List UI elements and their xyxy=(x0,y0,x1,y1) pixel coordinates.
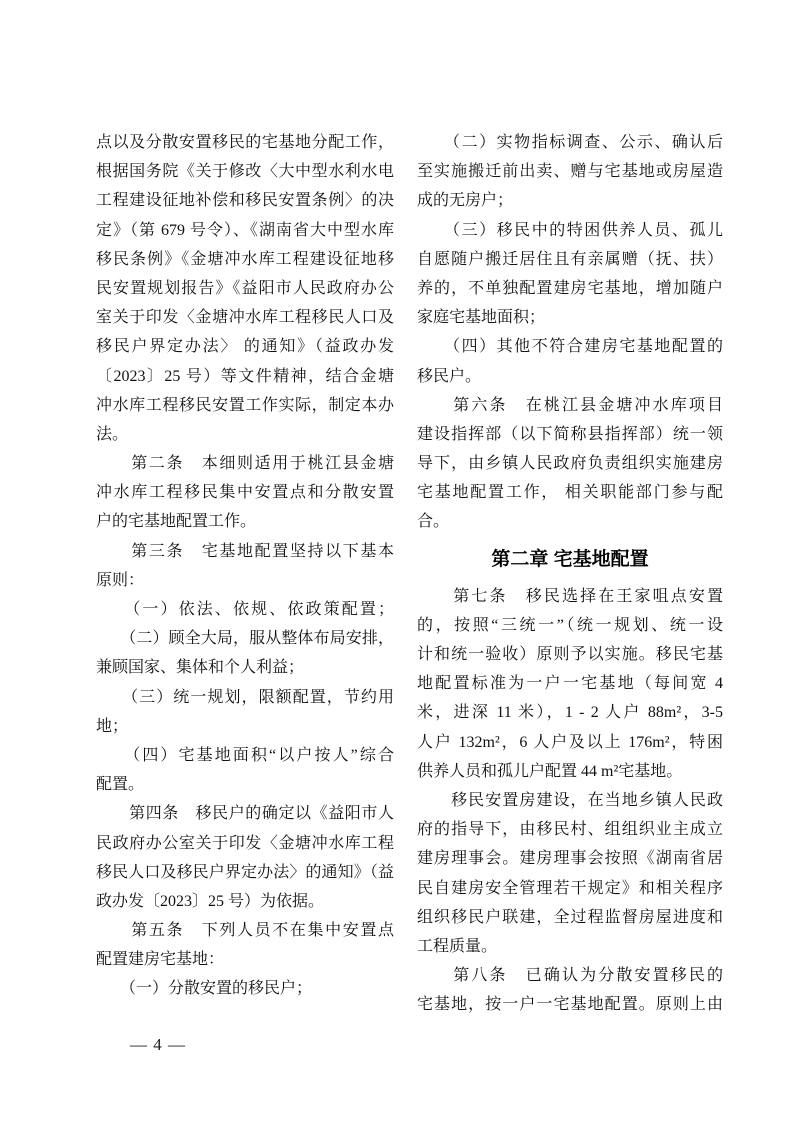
text-line: 建房理事会。建房理事会按照《湖南省居 xyxy=(417,844,723,873)
text-line: 定》（第 679 号令）、《湖南省大中型水库 xyxy=(96,216,394,245)
text-line: 根据国务院《关于修改〈大中型水利水电 xyxy=(96,157,394,186)
text-line: 冲水库工程移民集中安置点和分散安置 xyxy=(96,478,394,507)
text-line: （四）其他不符合建房宅基地配置的 xyxy=(417,332,723,361)
text-line: 府的指导下，由移民村、组组织业主成立 xyxy=(417,815,723,844)
text-line: 配置建房宅基地： xyxy=(96,945,394,974)
document-page: 点以及分散安置移民的宅基地分配工作，根据国务院《关于修改〈大中型水利水电工程建设… xyxy=(0,0,793,1122)
text-line: 养的，不单独配置建房宅基地，增加随户 xyxy=(417,274,723,303)
text-line: 移民户。 xyxy=(417,362,723,391)
text-line: 户的宅基地配置工作。 xyxy=(96,507,394,536)
text-line: 计和统一验收）原则予以实施。移民宅基 xyxy=(417,640,723,669)
text-line: 第二条 本细则适用于桃江县金塘 xyxy=(96,449,394,478)
text-line: 冲水库工程移民安置工作实际，制定本办 xyxy=(96,391,394,420)
text-columns: 点以及分散安置移民的宅基地分配工作，根据国务院《关于修改〈大中型水利水电工程建设… xyxy=(96,128,723,1019)
text-line: 移民条例》《金塘冲水库工程建设征地移 xyxy=(96,245,394,274)
text-line: 工程质量。 xyxy=(417,932,723,961)
text-line: 兼顾国家、集体和个人利益； xyxy=(96,653,394,682)
text-line: （一）分散安置的移民户； xyxy=(96,974,394,1003)
text-line: 合。 xyxy=(417,507,723,536)
text-line: 导下，由乡镇人民政府负责组织实施建房 xyxy=(417,449,723,478)
text-line: （三）统一规划，限额配置，节约用 xyxy=(96,683,394,712)
text-line: 配置。 xyxy=(96,770,394,799)
text-line: 第三条 宅基地配置坚持以下基本 xyxy=(96,537,394,566)
text-line: （三）移民中的特困供养人员、孤儿 xyxy=(417,216,723,245)
text-line: （四）宅基地面积“以户按人”综合 xyxy=(96,741,394,770)
text-line: 移民安置房建设，在当地乡镇人民政 xyxy=(417,786,723,815)
page-number: — 4 — xyxy=(130,1033,186,1057)
text-line: （二）实物指标调查、公示、确认后 xyxy=(417,128,723,157)
text-line: 法。 xyxy=(96,420,394,449)
text-line: 原则： xyxy=(96,566,394,595)
text-line: 移民人口及移民户界定办法〉的通知》（益 xyxy=(96,858,394,887)
text-line: 至实施搬迁前出卖、赠与宅基地或房屋造 xyxy=(417,157,723,186)
text-line: 第四条 移民户的确定以《益阳市人 xyxy=(96,799,394,828)
text-line: 第八条 已确认为分散安置移民的 xyxy=(417,961,723,990)
text-line: 地配置标准为一户一宅基地（每间宽 4 xyxy=(417,669,723,698)
text-line: （一）依法、依规、依政策配置； xyxy=(96,595,394,624)
text-line: 米，进深 11 米），1 - 2 人户 88m²，3-5 xyxy=(417,698,723,727)
text-line: 第五条 下列人员不在集中安置点 xyxy=(96,916,394,945)
text-line: 的，按照“三统一”（统一规划、统一设 xyxy=(417,611,723,640)
text-line: 自愿随户搬迁居住且有亲属赠（抚、扶） xyxy=(417,245,723,274)
text-line: 移民户界定办法〉 的通知》（益政办发 xyxy=(96,332,394,361)
text-line: 人户 132m²，6 人户及以上 176m²，特困 xyxy=(417,728,723,757)
text-line: 成的无房户； xyxy=(417,186,723,215)
text-line: 地； xyxy=(96,712,394,741)
text-line: 供养人员和孤儿户配置 44 m²宅基地。 xyxy=(417,757,723,786)
text-line: 第六条 在桃江县金塘冲水库项目 xyxy=(417,391,723,420)
text-line: 宅基地，按一户一宅基地配置。原则上由 xyxy=(417,990,723,1019)
text-line: 宅基地配置工作， 相关职能部门参与配 xyxy=(417,478,723,507)
text-line: 民安置规划报告》《益阳市人民政府办公 xyxy=(96,274,394,303)
text-line: 民自建房安全管理若干规定》和相关程序 xyxy=(417,874,723,903)
text-line: 第七条 移民选择在王家咀点安置 xyxy=(417,582,723,611)
text-line: 点以及分散安置移民的宅基地分配工作， xyxy=(96,128,394,157)
text-line: 政办发〔2023〕25 号）为依据。 xyxy=(96,887,394,916)
text-line: 工程建设征地补偿和移民安置条例〉的决 xyxy=(96,186,394,215)
right-column: （二）实物指标调查、公示、确认后至实施搬迁前出卖、赠与宅基地或房屋造成的无房户；… xyxy=(417,128,723,1019)
text-line: 家庭宅基地面积； xyxy=(417,303,723,332)
text-line: （二）顾全大局，服从整体布局安排， xyxy=(96,624,394,653)
text-line: 民政府办公室关于印发〈金塘冲水库工程 xyxy=(96,829,394,858)
text-line: 〔2023〕25 号）等文件精神，结合金塘 xyxy=(96,362,394,391)
chapter-heading: 第二章 宅基地配置 xyxy=(417,537,723,582)
left-column: 点以及分散安置移民的宅基地分配工作，根据国务院《关于修改〈大中型水利水电工程建设… xyxy=(96,128,394,1019)
text-line: 建设指挥部（以下简称县指挥部）统一领 xyxy=(417,420,723,449)
text-line: 室关于印发〈金塘冲水库工程移民人口及 xyxy=(96,303,394,332)
text-line: 组织移民户联建，全过程监督房屋进度和 xyxy=(417,903,723,932)
